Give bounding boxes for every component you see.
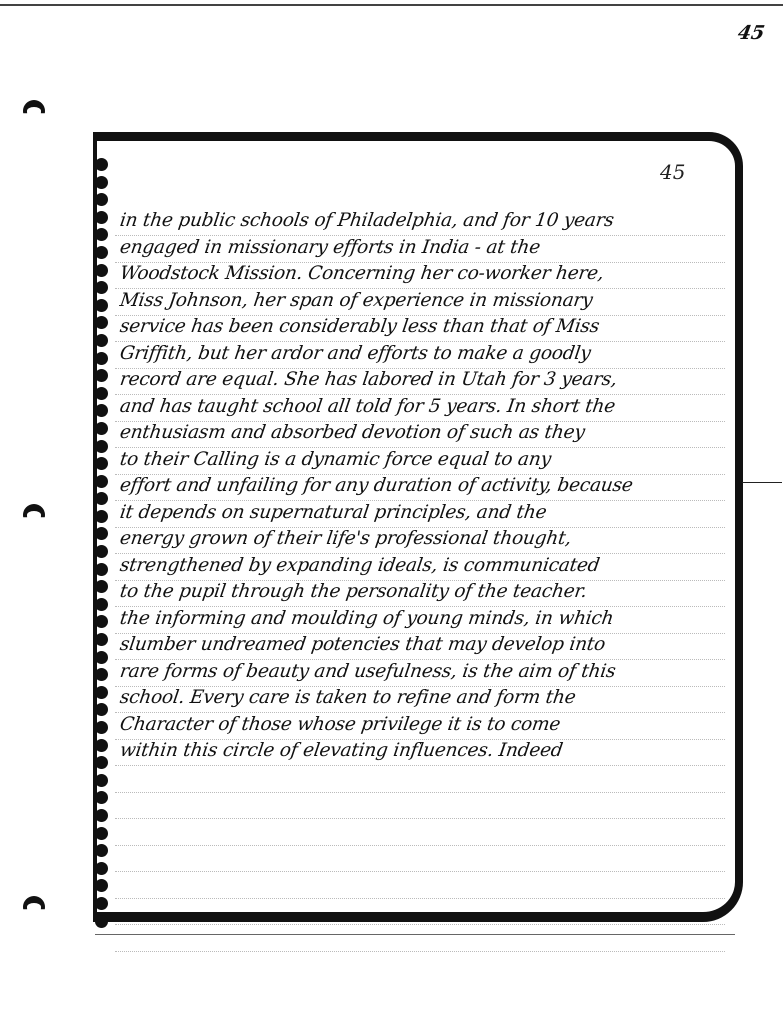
text-line: it depends on supernatural principles, a… [118,500,747,527]
spiral-coil-icon [95,352,108,365]
spiral-coil-icon [95,369,108,382]
text-line: to their Calling is a dynamic force equa… [118,447,747,474]
spiral-coil-icon [95,475,108,488]
spiral-coil-icon [95,633,108,646]
ruled-line [115,898,725,899]
spiral-coil-icon [95,422,108,435]
text-line: record are equal. She has labored in Uta… [118,367,747,394]
spiral-coil-icon [95,580,108,593]
ruled-line [115,871,725,872]
text-line: the informing and moulding of young mind… [118,606,747,633]
text-line: enthusiasm and absorbed devotion of such… [118,420,747,447]
spiral-coil-icon [95,791,108,804]
text-line: strengthened by expanding ideals, is com… [118,553,747,580]
spiral-coil-icon [95,809,108,822]
text-line: rare forms of beauty and usefulness, is … [118,659,747,686]
spiral-coil-icon [95,281,108,294]
ruled-line [115,845,725,846]
margin-mark [742,482,782,483]
spiral-coil-icon [95,228,108,241]
spiral-coil-icon [95,739,108,752]
spiral-coil-icon [95,774,108,787]
spiral-coil-icon [95,457,108,470]
spiral-coil-icon [95,615,108,628]
spiral-coil-icon [95,510,108,523]
outer-page-number: 45 [736,22,766,44]
text-line: to the pupil through the personality of … [118,579,747,606]
spiral-coil-icon [95,651,108,664]
spiral-binding [97,158,111,938]
spiral-coil-icon [95,879,108,892]
spiral-coil-icon [95,545,108,558]
spiral-coil-icon [95,686,108,699]
inner-page-number: 45 [660,160,685,184]
text-line: Griffith, but her ardor and efforts to m… [118,341,747,368]
text-line: engaged in missionary efforts in India -… [118,235,747,262]
scan-top-edge [0,4,783,6]
spiral-coil-icon [95,440,108,453]
punch-hole-icon-bottom [23,896,45,918]
handwritten-text-block: in the public schools of Philadelphia, a… [118,208,743,765]
text-line: effort and unfailing for any duration of… [118,473,747,500]
spiral-coil-icon [95,897,108,910]
spiral-coil-icon [95,316,108,329]
spiral-coil-icon [95,527,108,540]
spiral-coil-icon [95,264,108,277]
spiral-coil-icon [95,404,108,417]
spiral-coil-icon [95,668,108,681]
text-line: and has taught school all told for 5 yea… [118,394,747,421]
spiral-coil-icon [95,827,108,840]
ruled-line [115,951,725,952]
spiral-coil-icon [95,703,108,716]
text-line: Miss Johnson, her span of experience in … [118,288,747,315]
spiral-coil-icon [95,193,108,206]
text-line: energy grown of their life's professiona… [118,526,747,553]
ruled-line [115,792,725,793]
spiral-coil-icon [95,211,108,224]
text-line: slumber undreamed potencies that may dev… [118,632,747,659]
spiral-coil-icon [95,563,108,576]
spiral-coil-icon [95,915,108,928]
text-line: school. Every care is taken to refine an… [118,685,747,712]
text-line: in the public schools of Philadelphia, a… [118,208,747,235]
spiral-coil-icon [95,492,108,505]
text-line: service has been considerably less than … [118,314,747,341]
spiral-coil-icon [95,176,108,189]
text-line: Character of those whose privilege it is… [118,712,747,739]
ruled-line [115,818,725,819]
spiral-coil-icon [95,334,108,347]
text-line: Woodstock Mission. Concerning her co-wor… [118,261,747,288]
spiral-coil-icon [95,721,108,734]
punch-hole-icon-middle [23,504,45,526]
spiral-coil-icon [95,598,108,611]
punch-hole-icon-top [23,100,45,122]
text-line: within this circle of elevating influenc… [118,738,747,765]
spiral-coil-icon [95,756,108,769]
ruled-line [115,765,725,766]
bottom-rule [95,934,735,936]
spiral-coil-icon [95,862,108,875]
spiral-coil-icon [95,158,108,171]
spiral-coil-icon [95,246,108,259]
spiral-coil-icon [95,844,108,857]
ruled-line [115,924,725,925]
spiral-coil-icon [95,387,108,400]
spiral-coil-icon [95,299,108,312]
